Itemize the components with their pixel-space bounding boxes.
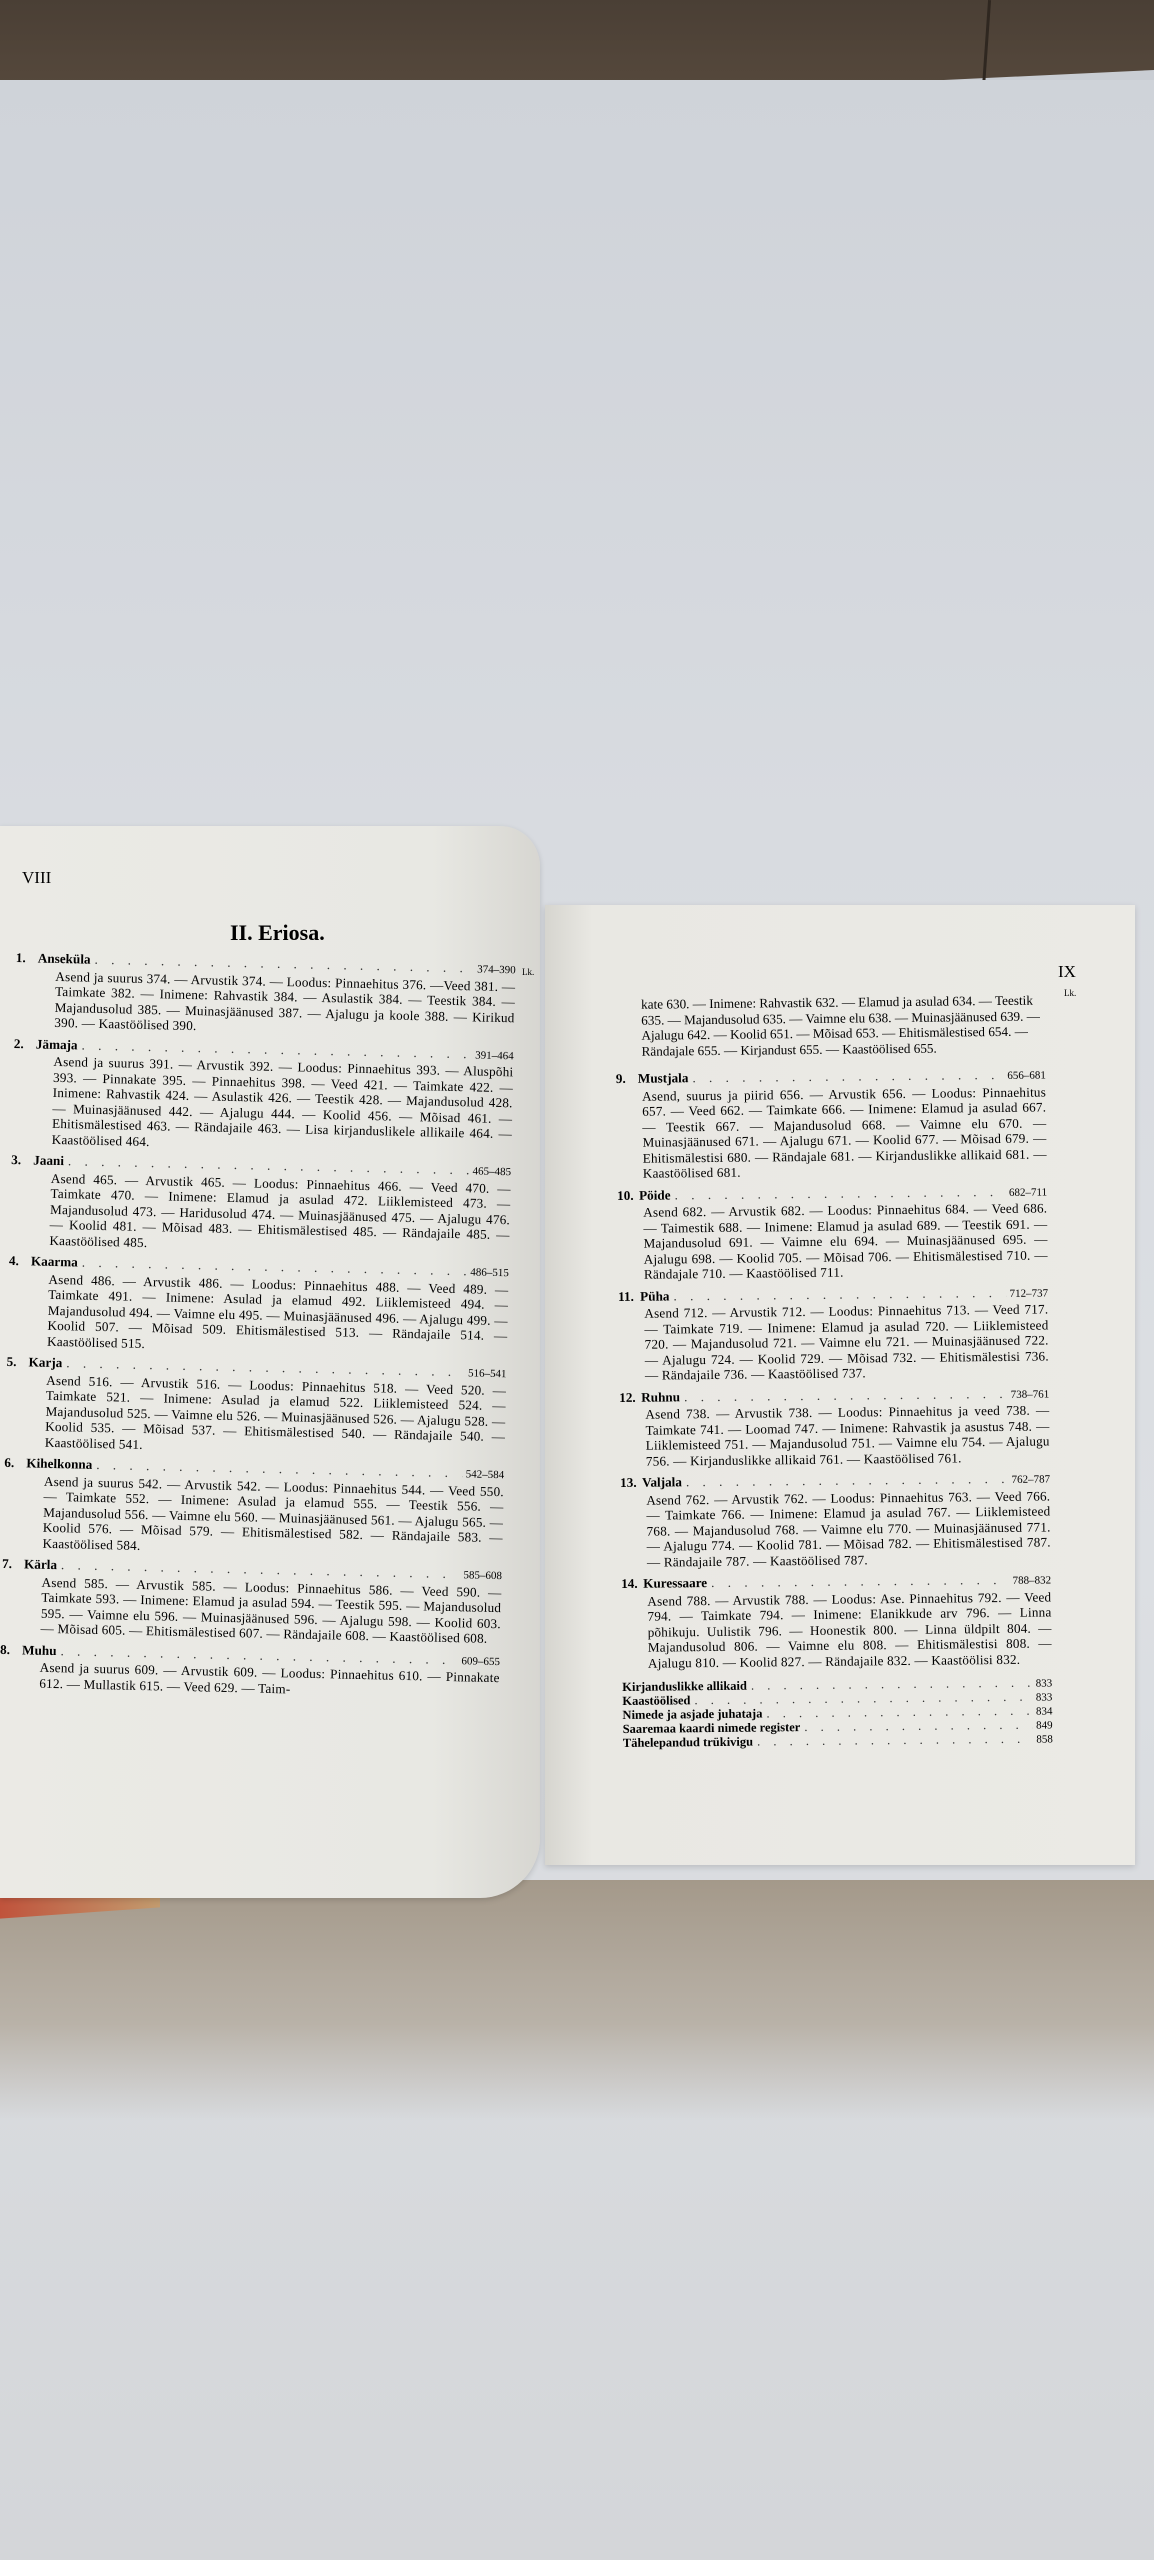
- dot-leader: [766, 1705, 1032, 1721]
- entry-body: Asend 585. — Arvustik 585. — Loodus: Pin…: [0, 1573, 501, 1646]
- toc-right: kate 630. — Inimene: Rahvastik 632. — El…: [615, 992, 1053, 1750]
- entry-title: Ruhnu: [641, 1389, 680, 1405]
- dot-leader: [711, 1572, 1009, 1591]
- entry-title: Anseküla: [38, 950, 91, 967]
- appendix-title: Tähelepandud trükivigu: [623, 1736, 753, 1750]
- appendix-title: Kaastöölised: [622, 1694, 690, 1708]
- entry-pages: 391–464: [475, 1048, 514, 1064]
- toc-entry: 7.Kärla585–608 Asend 585. — Arvustik 585…: [0, 1556, 502, 1647]
- right-page-folio: IX: [1058, 962, 1076, 982]
- left-page-folio: VIII: [22, 868, 51, 888]
- toc-entry: 3.Jaani465–485 Asend 465. — Arvustik 465…: [9, 1152, 511, 1258]
- entry-title: Kaarma: [31, 1253, 78, 1270]
- entry-pages: 712–737: [1010, 1286, 1049, 1302]
- entry-title: Jämaja: [36, 1036, 78, 1052]
- entry-number: 1.: [16, 950, 38, 966]
- entry-number: 6.: [4, 1455, 26, 1471]
- entry-pages: 682–711: [1009, 1185, 1047, 1201]
- dot-leader: [757, 1733, 1032, 1749]
- right-lk-label: Lk.: [1064, 988, 1076, 998]
- entry-title: Kuressaare: [643, 1575, 707, 1591]
- toc-entry: 11.Püha712–737 Asend 712. — Arvustik 712…: [618, 1284, 1049, 1383]
- appendix-title: Saaremaa kaardi nimede register: [623, 1721, 801, 1736]
- toc-entry: 2.Jämaja391–464 Asend ja suurus 391. — A…: [12, 1035, 514, 1157]
- entry-body: Asend 712. — Arvustik 712. — Loodus: Pin…: [618, 1301, 1049, 1383]
- entry-number: 11.: [618, 1288, 640, 1304]
- entry-body: Asend, suurus ja piirid 656. — Arvustik …: [616, 1084, 1047, 1181]
- entry-title: Mustjala: [638, 1070, 689, 1086]
- entry-pages: 465–485: [472, 1164, 511, 1180]
- book-shadow: [0, 1880, 1154, 2120]
- entry-body: Asend ja suurus 391. — Arvustik 392. — L…: [12, 1053, 514, 1157]
- dot-leader: [673, 1284, 1005, 1303]
- entry-number: 3.: [11, 1152, 33, 1168]
- toc-entry: 8.Muhu609–655 Asend ja suurus 609. — Arv…: [0, 1641, 500, 1701]
- entry-body: Asend 465. — Arvustik 465. — Loodus: Pin…: [9, 1169, 511, 1258]
- entry-number: 14.: [621, 1576, 643, 1592]
- appendix-pages: 849: [1036, 1719, 1053, 1732]
- dot-leader: [686, 1471, 1008, 1490]
- entry-title: Kärla: [24, 1556, 57, 1572]
- entry-pages: 656–681: [1007, 1068, 1046, 1084]
- entry-body: Asend ja suurus 374. — Arvustik 374. — L…: [14, 967, 515, 1040]
- entry-body: Asend 788. — Arvustik 788. — Loodus: Ase…: [621, 1589, 1052, 1671]
- entry-title: Pöide: [639, 1187, 671, 1203]
- toc-entry: 12.Ruhnu738–761 Asend 738. — Arvustik 73…: [619, 1385, 1050, 1469]
- entry-number: 9.: [616, 1071, 638, 1087]
- toc-entry: 10.Pöide682–711 Asend 682. — Arvustik 68…: [617, 1183, 1048, 1282]
- entry-pages: 486–515: [470, 1265, 509, 1281]
- entry-body: Asend 682. — Arvustik 682. — Loodus: Pin…: [617, 1200, 1048, 1282]
- entry-number: 13.: [620, 1475, 642, 1491]
- toc-entry: 1.Anseküla374–390 Asend ja suurus 374. —…: [14, 950, 516, 1041]
- toc-entry: 5.Karja516–541 Asend 516. — Arvustik 516…: [5, 1354, 507, 1460]
- continued-entry-body: kate 630. — Inimene: Rahvastik 632. — El…: [615, 992, 1046, 1058]
- entry-body: Asend 762. — Arvustik 762. — Loodus: Pin…: [620, 1488, 1051, 1570]
- appendix-title: Kirjanduslikke allikaid: [622, 1680, 747, 1694]
- appendix-list: Kirjanduslikke allikaid833 Kaastöölised8…: [622, 1676, 1053, 1750]
- entry-body: Asend ja suurus 542. — Arvustik 542. — L…: [2, 1472, 504, 1561]
- entry-title: Valjala: [642, 1474, 682, 1490]
- dot-leader: [684, 1385, 1007, 1404]
- appendix-pages: 858: [1036, 1733, 1053, 1746]
- entry-pages: 609–655: [461, 1654, 500, 1670]
- toc-entry: 4.Kaarma486–515 Asend 486. — Arvustik 48…: [7, 1253, 509, 1359]
- entry-body: Asend 516. — Arvustik 516. — Loodus: Pin…: [5, 1371, 507, 1460]
- entry-pages: 374–390: [477, 962, 516, 978]
- entry-number: 12.: [619, 1389, 641, 1405]
- entry-body: Asend 738. — Arvustik 738. — Loodus: Pin…: [619, 1402, 1050, 1468]
- entry-pages: 585–608: [463, 1568, 502, 1584]
- appendix-pages: 833: [1036, 1691, 1053, 1704]
- entry-number: 5.: [6, 1354, 28, 1370]
- entry-title: Püha: [640, 1288, 669, 1304]
- entry-number: 7.: [2, 1556, 24, 1572]
- entry-pages: 788–832: [1013, 1573, 1052, 1589]
- dot-leader: [675, 1183, 1006, 1202]
- entry-pages: 762–787: [1012, 1472, 1051, 1488]
- toc-entry: 13.Valjala762–787 Asend 762. — Arvustik …: [620, 1470, 1051, 1569]
- entry-pages: 516–541: [468, 1366, 507, 1382]
- entry-pages: 738–761: [1011, 1387, 1050, 1403]
- entry-pages: 542–584: [466, 1467, 505, 1483]
- left-lk-label: Lk.: [522, 967, 534, 977]
- toc-entry: 6.Kihelkonna542–584 Asend ja suurus 542.…: [2, 1455, 504, 1561]
- toc-entry: 9.Mustjala656–681 Asend, suurus ja piiri…: [616, 1066, 1047, 1181]
- toc-entry: 14.Kuressaare788–832 Asend 788. — Arvust…: [621, 1571, 1052, 1670]
- entry-title: Kihelkonna: [26, 1455, 92, 1472]
- appendix-pages: 834: [1036, 1705, 1053, 1718]
- entry-title: Karja: [28, 1354, 62, 1370]
- dot-leader: [804, 1719, 1032, 1734]
- entry-number: 2.: [14, 1035, 36, 1051]
- entry-body: Asend 486. — Arvustik 486. — Loodus: Pin…: [7, 1270, 509, 1359]
- entry-title: Jaani: [33, 1152, 64, 1168]
- section-title: II. Eriosa.: [230, 920, 325, 946]
- entry-number: 8.: [0, 1641, 22, 1657]
- dot-leader: [692, 1067, 1003, 1086]
- entry-number: 10.: [617, 1187, 639, 1203]
- entry-title: Muhu: [22, 1642, 57, 1658]
- entry-number: 4.: [9, 1253, 31, 1269]
- appendix-pages: 833: [1036, 1677, 1053, 1690]
- toc-left: 1.Anseküla374–390 Asend ja suurus 374. —…: [0, 950, 516, 1707]
